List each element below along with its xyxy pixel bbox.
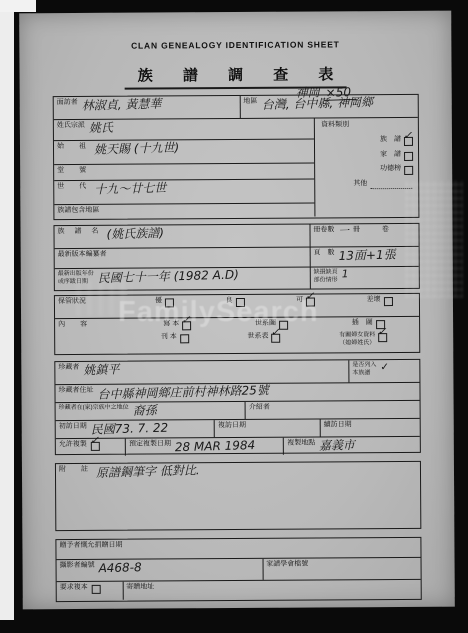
film-corner: [0, 0, 36, 12]
field-donation-date: 贈予者慨允捐贈日期: [56, 538, 420, 559]
field-planned-copy-date: 預定複製日期 28 MAR 1984: [125, 438, 283, 456]
field-copy-location: 複製地點 嘉義市: [283, 437, 420, 455]
identification-left-column: 姓氏宗派 姚氏 始 祖 姚天賜 (十九世) 堂 號 世 代 十九～廿七世: [54, 119, 315, 219]
checkbox-family-record: 家 譜: [321, 150, 412, 159]
checkbox-copy-permitted: 允許複製 ✓: [56, 439, 125, 456]
checkbox-icon: [384, 297, 393, 306]
field-volume-count: 冊卷數 一 冊 卷: [309, 224, 418, 247]
data-category-label: 資料類別: [321, 121, 412, 130]
field-region: 地區 台灣, 台中縣, 神岡鄉: [239, 95, 418, 118]
checkbox-lineage-table: 世系表 ✓: [247, 332, 279, 348]
field-missing-pages: 缺損缺頁 部份情形 1: [310, 267, 419, 289]
field-second-visit-date: 複訪日期: [214, 419, 320, 437]
field-society-file-number: 家譜學會檔號: [262, 558, 420, 580]
field-first-ancestor: 始 祖 姚天賜 (十九世): [54, 139, 314, 165]
form-title-english: CLAN GENEALOGY IDENTIFICATION SHEET: [19, 39, 451, 52]
checkbox-icon: [404, 166, 413, 175]
film-edge-strip: [0, 0, 14, 620]
checkbox-condition-poor: 差壞: [367, 296, 392, 305]
field-page-count: 頁 數 13面+1張: [309, 247, 418, 267]
bleed-through-artifact: [405, 180, 463, 298]
field-hall-name: 堂 號: [54, 163, 314, 181]
field-surname-branch: 姓氏宗派 姚氏: [54, 119, 314, 141]
scanned-genealogy-sheet: { "header": { "title_en": "CLAN GENEALOG…: [0, 0, 468, 633]
field-photographer-number: 攝影者編號 A468-8: [57, 559, 263, 581]
field-genealogy-title: 族 譜 名 (姚氏族譜): [54, 225, 309, 249]
checkbox-women-records: 有關婦女資料 （媳婦姓氏） ✓: [339, 332, 386, 348]
familysearch-watermark: FamilySearch: [118, 296, 319, 329]
checkbox-icon: [180, 334, 189, 343]
field-holder-address: 珍藏者住址 台中縣神岡鄉庄前村神林路25號: [55, 383, 419, 402]
table-archive: 贈予者慨允捐贈日期 攝影者編號 A468-8 家譜學會檔號 要求複本 寄贈地址: [55, 537, 421, 602]
table-identification: 面訪者 林淑貞, 黃慧華 地區 台灣, 台中縣, 神岡鄉 姓氏宗派 姚氏 始 祖…: [53, 94, 420, 220]
field-covered-area: 族譜包含地區: [54, 203, 314, 219]
data-category-column: 資料類別 族 譜 ✓ 家 譜 功德榜 其他: [314, 118, 418, 217]
field-third-visit-date: 續訪日期: [320, 419, 420, 437]
field-latest-editor: 最新版本編纂者: [55, 248, 310, 269]
checkbox-printed-edition: 刊 本: [161, 333, 188, 349]
field-other-category: 其他: [321, 180, 412, 190]
field-holder-clan-position: 珍藏者在(家)宗族中之地位 裔孫: [56, 402, 245, 420]
form-title-chinese: 族 譜 調 查 表: [20, 63, 452, 91]
field-generations: 世 代 十九～廿七世: [54, 179, 314, 205]
checkbox-request-copy: 要求複本: [57, 582, 123, 600]
table-remarks: 附 註 原譜鋼筆字 低對比.: [55, 461, 421, 531]
field-first-visit-date: 初訪日期 民國73. 7. 22: [56, 420, 214, 438]
field-listed-in-genealogy: 是否列入 本族譜 ✓: [348, 360, 419, 382]
checkbox-icon: [404, 151, 413, 160]
checkbox-genealogy: 族 譜 ✓: [321, 136, 412, 145]
table-holder: 珍藏者 姚鎮平 是否列入 本族譜 ✓ 珍藏者住址 台中縣神岡鄉庄前村神林路25號…: [54, 359, 421, 455]
field-holder-name: 珍藏者 姚鎮平: [55, 360, 348, 384]
field-mailing-address: 寄贈地址: [122, 580, 421, 600]
field-introducer: 介紹者: [245, 401, 420, 419]
checkbox-merit-board: 功德榜: [321, 165, 412, 174]
checkbox-icon: [92, 585, 101, 594]
field-interviewer: 面訪者 林淑貞, 黃慧華: [54, 96, 240, 119]
field-remarks: 附 註 原譜鋼筆字 低對比.: [56, 462, 420, 530]
